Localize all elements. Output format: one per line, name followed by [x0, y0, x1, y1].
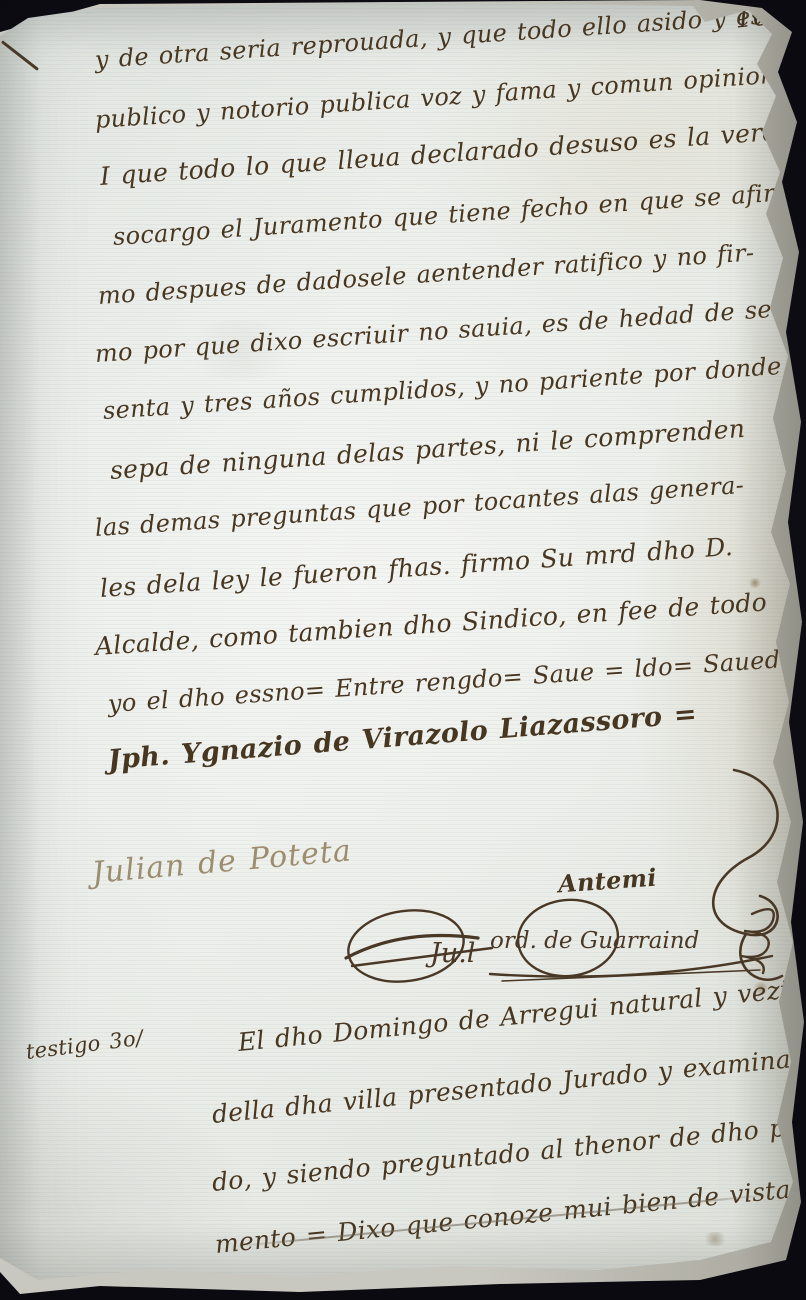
scan-background: 16 y de otra seria reprouada, y que todo… — [0, 0, 806, 1300]
manuscript-page: 16 y de otra seria reprouada, y que todo… — [0, 0, 806, 1300]
second-testimony-body: El dho Domingo de Arregui natural y vezi… — [0, 0, 806, 1300]
manuscript-line: della dha villa presentado Jurado y exam… — [211, 1043, 801, 1128]
manuscript-line: El dho Domingo de Arregui natural y vezi… — [237, 972, 806, 1057]
